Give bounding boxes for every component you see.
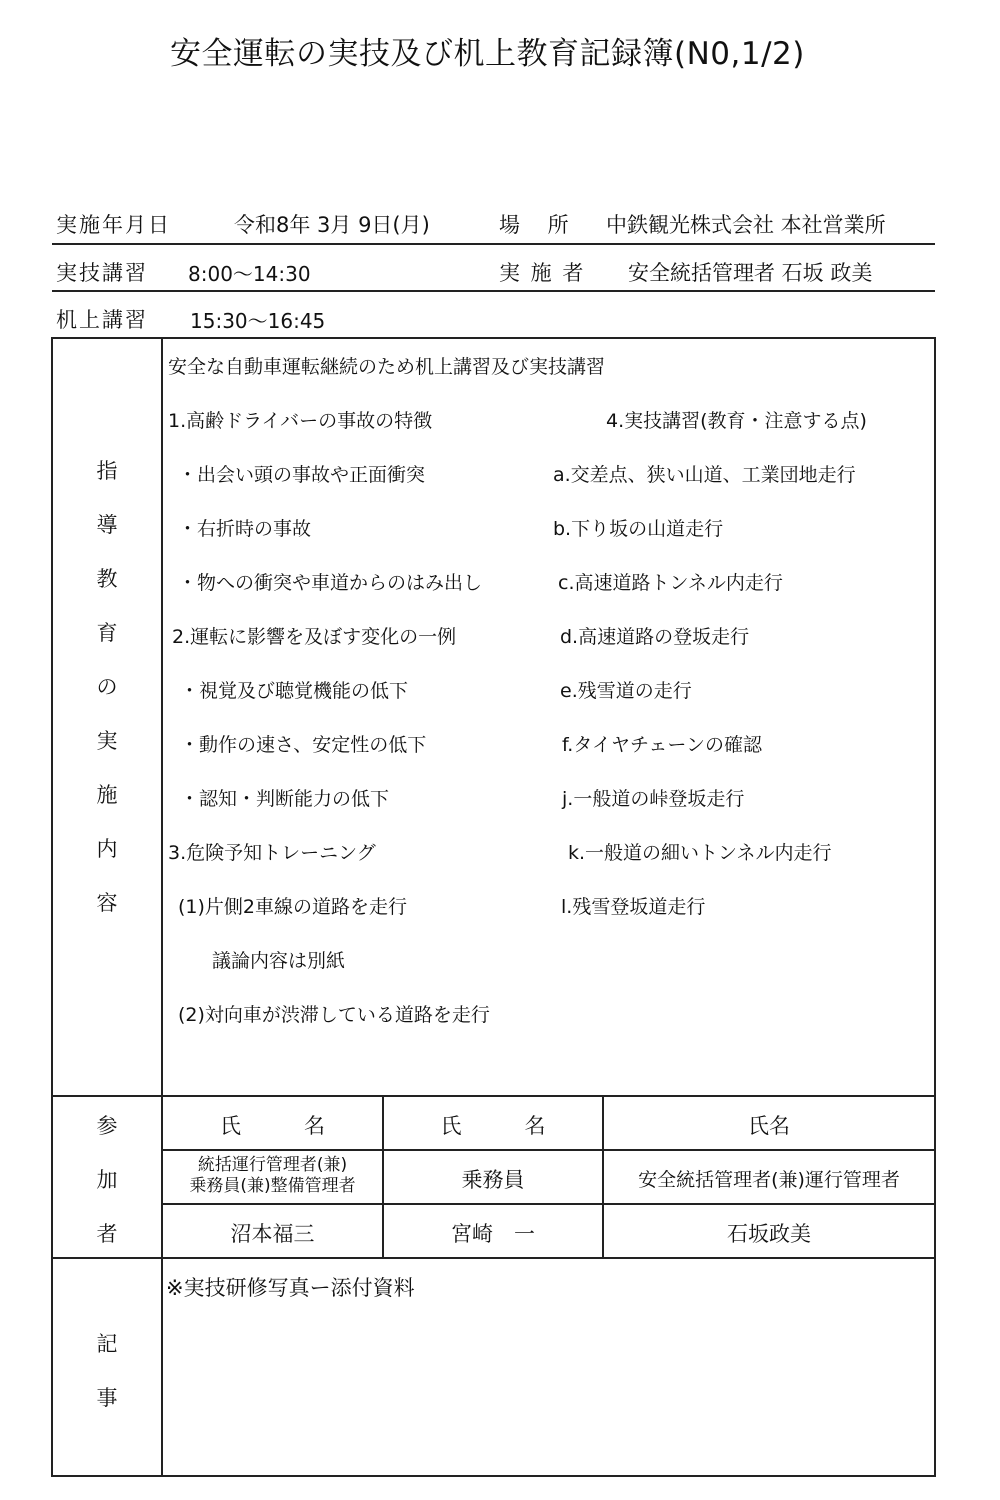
participant-1-name: 沼本福三	[163, 1218, 382, 1248]
participant-2-role: 乗務員	[384, 1164, 602, 1194]
content-left-item: ・視覚及び聴覚機能の低下	[180, 676, 408, 703]
content-left-item: ・右折時の事故	[178, 514, 311, 541]
participant-3-header: 氏名	[604, 1110, 934, 1140]
content-right-item: e.残雪道の走行	[560, 676, 692, 703]
participants-side-label-1: 加	[52, 1164, 162, 1194]
content-right-item: a.交差点、狭い山道、工業団地走行	[553, 460, 856, 487]
content-left-item: ・認知・判断能力の低下	[180, 784, 389, 811]
header-divider-1	[52, 243, 935, 245]
content-side-label-8: 容	[52, 887, 162, 917]
content-left-item: (1)片側2車線の道路を走行	[178, 892, 407, 919]
header-divider-2	[52, 290, 935, 292]
participant-1-role-line1: 統括運行管理者(兼)	[163, 1155, 382, 1176]
content-bottom-line	[51, 1095, 936, 1097]
participants-side-label-0: 参	[52, 1110, 162, 1140]
content-left-item: 3.危険予知トレーニング	[168, 838, 376, 865]
content-intro: 安全な自動車運転継続のため机上講習及び実技講習	[168, 352, 605, 379]
content-side-label-0: 指	[52, 455, 162, 485]
content-right-item: 4.実技講習(教育・注意する点)	[606, 406, 867, 433]
participant-2-header: 氏 名	[384, 1110, 602, 1140]
document-title: 安全運転の実技及び机上教育記録簿(N0,1/2)	[170, 28, 805, 73]
content-side-label-2: 教	[52, 563, 162, 593]
notes-side-label-0: 記	[52, 1328, 162, 1358]
content-right-item: d.高速道路の登坂走行	[560, 622, 749, 649]
content-side-label-6: 施	[52, 779, 162, 809]
content-left-item: ・動作の速さ、安定性の低下	[180, 730, 426, 757]
desk-time: 15:30〜16:45	[190, 305, 325, 334]
date-value: 令和8年 3月 9日(月)	[234, 209, 430, 239]
content-side-label-4: の	[52, 671, 162, 701]
content-right-item: k.一般道の細いトンネル内走行	[568, 838, 831, 865]
participant-3-name: 石坂政美	[604, 1218, 934, 1248]
content-left-item: ・物への衝突や車道からのはみ出し	[178, 568, 482, 595]
content-left-item: 2.運転に影響を及ぼす変化の一例	[172, 622, 456, 649]
place-value: 中鉄観光株式会社 本社営業所	[606, 209, 886, 239]
content-right-item: f.タイヤチェーンの確認	[562, 730, 762, 757]
content-left-item: 1.高齢ドライバーの事故の特徴	[168, 406, 432, 433]
date-label: 実施年月日	[56, 209, 171, 239]
notes-text: ※実技研修写真ー添付資料	[166, 1272, 415, 1302]
content-left-item: ・出会い頭の事故や正面衝突	[178, 460, 425, 487]
implementer-value: 安全統括管理者 石坂 政美	[628, 257, 872, 287]
content-side-label-3: 育	[52, 617, 162, 647]
participants-header-line	[161, 1149, 936, 1151]
content-right-item: c.高速道路トンネル内走行	[558, 568, 783, 595]
content-left-item: 議論内容は別紙	[212, 946, 345, 973]
participant-2-name: 宮崎 一	[384, 1218, 602, 1248]
content-right-item: l.残雪登坂道走行	[561, 892, 705, 919]
desk-label: 机上講習	[56, 304, 148, 334]
practical-label: 実技講習	[56, 257, 148, 287]
participant-1-role-line2: 乗務員(兼)整備管理者	[163, 1176, 382, 1197]
content-left-item: (2)対向車が渋滞している道路を走行	[178, 1000, 490, 1027]
content-right-item: b.下り坂の山道走行	[553, 514, 723, 541]
participant-3-role: 安全統括管理者(兼)運行管理者	[604, 1165, 934, 1192]
place-label: 場 所	[499, 209, 569, 239]
participants-side-label-2: 者	[52, 1218, 162, 1248]
practical-time: 8:00〜14:30	[188, 258, 311, 287]
participants-bottom-line	[51, 1257, 936, 1259]
implementer-label: 実 施 者	[499, 257, 585, 287]
content-side-label-5: 実	[52, 725, 162, 755]
participants-role-line	[161, 1203, 936, 1205]
content-right-item: j.一般道の峠登坂走行	[562, 784, 744, 811]
participant-1-header: 氏 名	[163, 1110, 382, 1140]
notes-side-label-1: 事	[52, 1382, 162, 1412]
content-side-label-1: 導	[52, 509, 162, 539]
content-side-label-7: 内	[52, 833, 162, 863]
